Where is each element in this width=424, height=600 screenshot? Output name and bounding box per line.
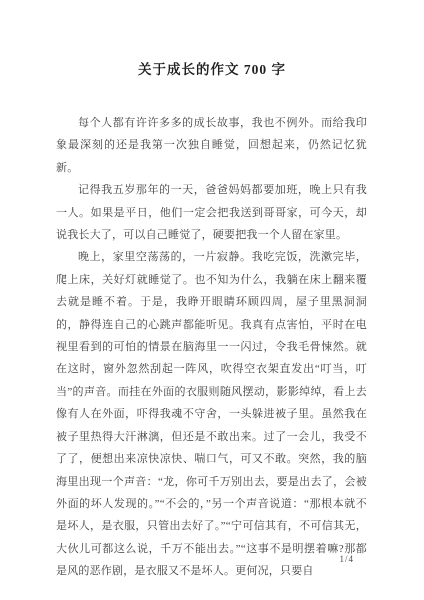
page-title: 关于成长的作文 700 字 [0,0,424,80]
essay-paragraph: 每个人都有许许多多的成长故事，我也不例外。而给我印象最深刻的还是我第一次独自睡觉… [56,112,367,179]
essay-paragraph: 记得我五岁那年的一天，爸爸妈妈都要加班，晚上只有我一人。如果是平日，他们一定会把… [56,179,367,246]
essay-body: 每个人都有许许多多的成长故事，我也不例外。而给我印象最深刻的还是我第一次独自睡觉… [56,112,367,583]
document-page: 关于成长的作文 700 字 每个人都有许许多多的成长故事，我也不例外。而给我印象… [0,0,424,600]
essay-paragraph: 晚上，家里空荡荡的，一片寂静。我吃完饭，洗漱完毕，爬上床，关好灯就睡觉了。也不知… [56,246,367,582]
page-number: 1/4 [339,554,354,564]
